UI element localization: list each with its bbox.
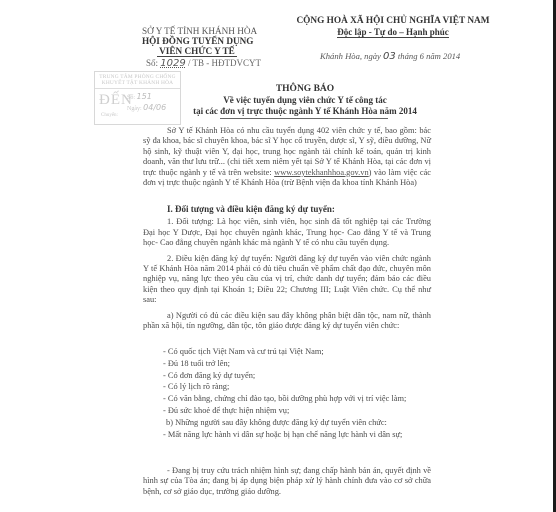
document-subject-line2: tại các đơn vị trực thuộc ngành Y tế Khá… — [150, 106, 460, 116]
title-underline — [220, 118, 388, 119]
issuer-council-line1: HỘI ĐỒNG TUYỂN DỤNG — [142, 36, 252, 46]
website-link[interactable]: www.soytekhanhhoa.gov.vn — [274, 168, 369, 177]
section-1: I. Đối tượng và điều kiện đăng ký dự tuy… — [143, 204, 431, 331]
document-number: Số: 1029 / TB - HĐTDVCYT — [146, 58, 261, 69]
document-date-day: 03 — [383, 51, 396, 62]
eligibility-paragraph: a) Người có đủ các điều kiện sau đây khô… — [143, 311, 431, 332]
national-header: CỘNG HOÀ XÃ HỘI CHỦ NGHĨA VIỆT NAM Độc l… — [268, 16, 518, 37]
ineligibility-item: - Mất năng lực hành vi dân sự hoặc bị hạ… — [143, 429, 431, 441]
intro-paragraph: Sở Y tế Khánh Hòa có nhu cầu tuyển dụng … — [143, 126, 431, 188]
document-date: Khánh Hòa, ngày 03 tháng 6 năm 2014 — [320, 51, 460, 62]
ineligibility-item-2: - Đang bị truy cứu trách nhiệm hình sự; … — [143, 466, 431, 497]
issuer-department: SỞ Y TẾ TỈNH KHÁNH HÒA — [142, 26, 252, 36]
conditions-paragraph: 2. Điều kiện đăng ký dự tuyển: Người đăn… — [143, 254, 431, 306]
condition-item: - Đủ sức khoẻ để thực hiện nhiệm vụ; — [143, 405, 431, 417]
stamp-number: Số: 151 — [127, 92, 152, 101]
condition-item: - Có quốc tịch Việt Nam và cư trú tại Vi… — [143, 346, 431, 358]
section-1-heading: I. Đối tượng và điều kiện đăng ký dự tuy… — [143, 204, 431, 214]
eligibility-list: - Có quốc tịch Việt Nam và cư trú tại Vi… — [143, 346, 431, 440]
nation-name: CỘNG HOÀ XÃ HỘI CHỦ NGHĨA VIỆT NAM — [268, 16, 518, 26]
document-subject-line1: Về việc tuyển dụng viên chức Y tế công t… — [160, 95, 450, 105]
subject-paragraph: 1. Đối tượng: Là học viên, sinh viên, họ… — [143, 217, 431, 248]
condition-item: - Đủ 18 tuổi trở lên; — [143, 358, 431, 370]
condition-item: - Có văn bằng, chứng chỉ đào tạo, bồi dư… — [143, 393, 431, 405]
condition-item: - Có đơn đăng ký dự tuyển; — [143, 370, 431, 382]
national-motto: Độc lập - Tự do – Hạnh phúc — [268, 27, 518, 37]
ineligibility-heading: b) Những người sau đây không được đăng k… — [143, 417, 431, 429]
issuer-council-line2: VIÊN CHỨC Y TẾ — [142, 46, 252, 56]
document-number-value: 1029 — [160, 58, 185, 69]
condition-item: - Có lý lịch rõ ràng; — [143, 381, 431, 393]
stamp-transfer: Chuyển: — [101, 113, 118, 118]
document-title: THÔNG BÁO — [160, 84, 450, 94]
